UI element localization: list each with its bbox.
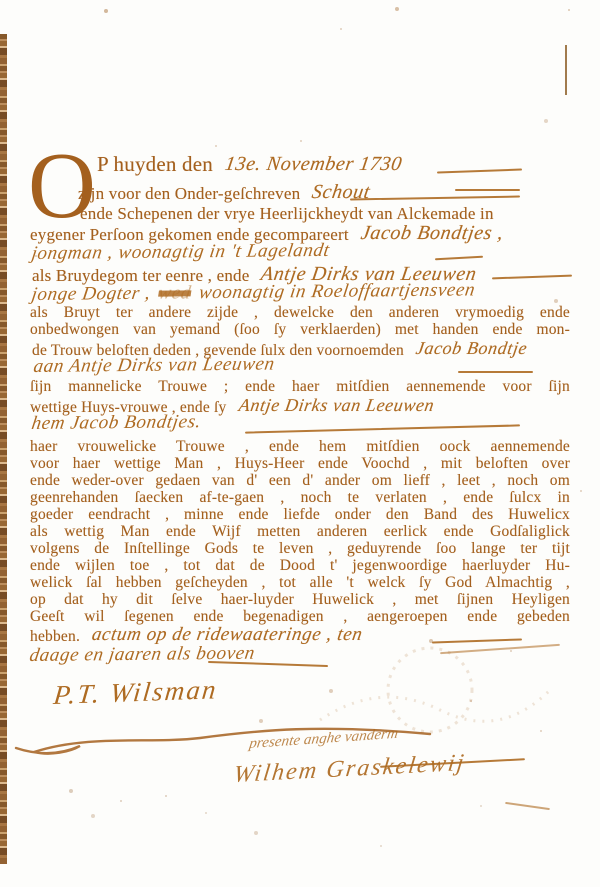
handwritten-text: woonagtig in Roeloffaartjensveen [198,279,477,303]
crossed-out-word: wed [157,282,193,303]
printed-line: ende weder-over gedaen van d' een d' and… [30,472,570,490]
printed-line: ende wijlen toe , tot dat de Dood t' jeg… [30,557,570,575]
binding-edge [0,34,7,864]
printed-line: goeder eendracht , minne ende liefde ond… [30,506,570,524]
printed-line: volgens de Inſtellinge Gods te leven , g… [30,540,570,558]
document-page: O P huyden den13e. November 1730 zijn vo… [0,0,600,887]
groom-name-handwritten: Jacob Bondtjes , [359,222,505,245]
ink-stroke [245,424,520,433]
handwritten-text: jonge Dogter , [30,283,152,305]
printed-line: op dat hy dit ſelve haer-luyder Huwelick… [30,591,570,609]
printed-line: onbedwongen van yemand (ſoo ſy verklaerd… [30,321,570,339]
ink-stroke [350,196,520,201]
vow-to-bride-handwritten: aan Antje Dirks van Leeuwen [32,353,276,378]
scan-artifact-line [565,45,567,95]
schout-signature: P.T. Wilsman [52,674,219,711]
printed-line: geenrehanden ſaecken af-te-gaen , noch t… [30,489,570,507]
printed-text: hebben. [30,628,80,645]
paper-specks [0,0,2,2]
bride-name-handwritten: Antje Dirks van Leeuwen [237,395,436,416]
date-handwritten: 13e. November 1730 [223,153,404,176]
printed-line: als Bruyt ter andere zijde , dewelcke de… [30,304,570,322]
printed-line: voor haer wettige Man , Huys-Heer ende V… [30,455,570,473]
printed-line: ſijn mannelicke Trouwe ; ende haer mitſd… [30,378,570,396]
opening-line-3: ende Schepenen der vrye Heerlijckheydt v… [80,204,494,224]
ink-stroke [492,275,572,280]
bride-residence-handwritten: jonge Dogter ,wedwoonagtig in Roeloffaar… [30,279,477,306]
opening-line-2: zijn voor den Onder-geſchrevenSchout [78,182,370,205]
groom-name-handwritten: Jacob Bondtje [414,338,529,359]
printed-line: haer vrouwelicke Trouwe , ende hem mitſd… [30,438,570,456]
ink-stroke [505,802,550,810]
printed-line: welick ſal hebben geſcheyden , tot alle … [30,574,570,592]
ink-stroke [455,189,520,191]
vow-to-groom-handwritten: hem Jacob Bondtjes. [30,411,203,435]
opening-line-1: P huyden den13e. November 1730 [97,152,402,177]
groom-residence-handwritten: jongman , woonagtig in 't Lagelandt [30,240,331,265]
ink-stroke [437,169,522,174]
ink-stroke [435,256,483,261]
printed-text: zijn voor den Onder-geſchreven [78,184,300,203]
printed-text: P huyden den [97,152,213,176]
ink-stroke [458,371,533,373]
printed-line: als wettig Man ende Wijf metten anderen … [30,523,570,541]
schout-handwritten: Schout [311,181,373,204]
